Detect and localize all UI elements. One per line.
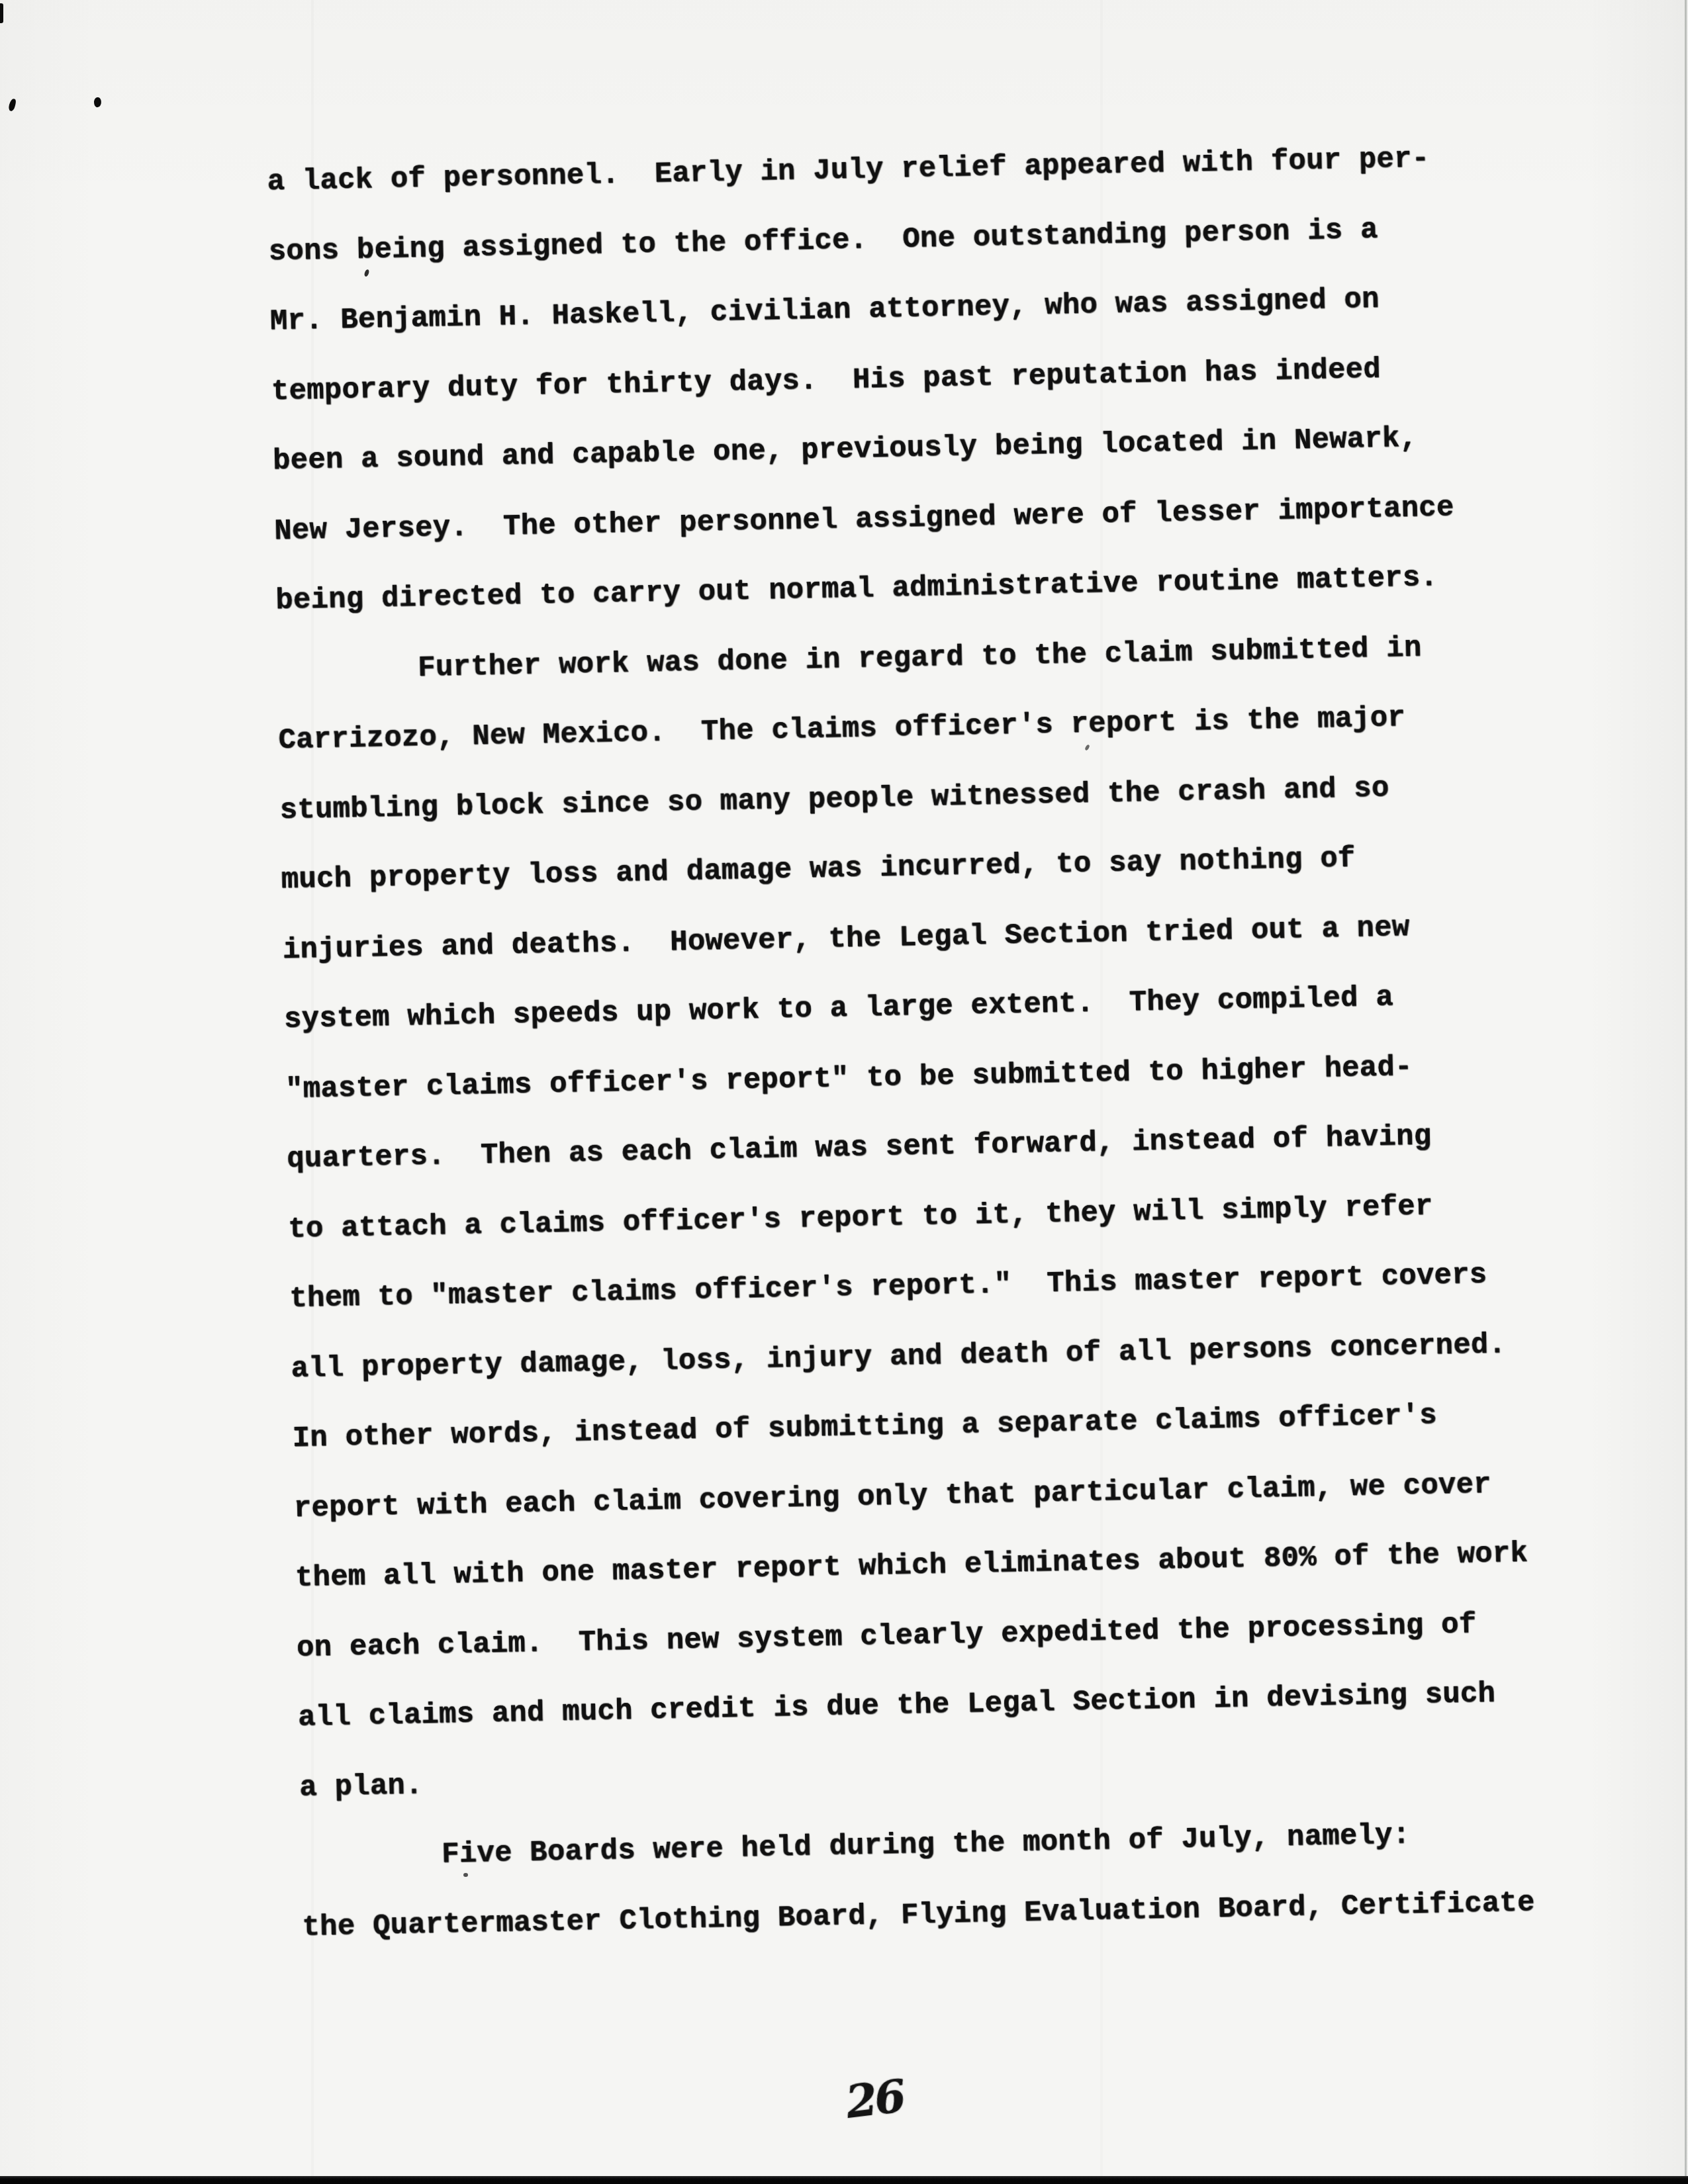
scan-speck xyxy=(463,1873,468,1877)
scan-artifact-bottom-bar xyxy=(0,2176,1688,2184)
page-number-handwritten: 26 xyxy=(843,2070,906,2129)
scan-edge-line xyxy=(1685,0,1687,2184)
scan-artifact-top-left xyxy=(0,3,3,23)
typewritten-text-block: a lack of personnel. Early in July relie… xyxy=(267,122,1568,1963)
